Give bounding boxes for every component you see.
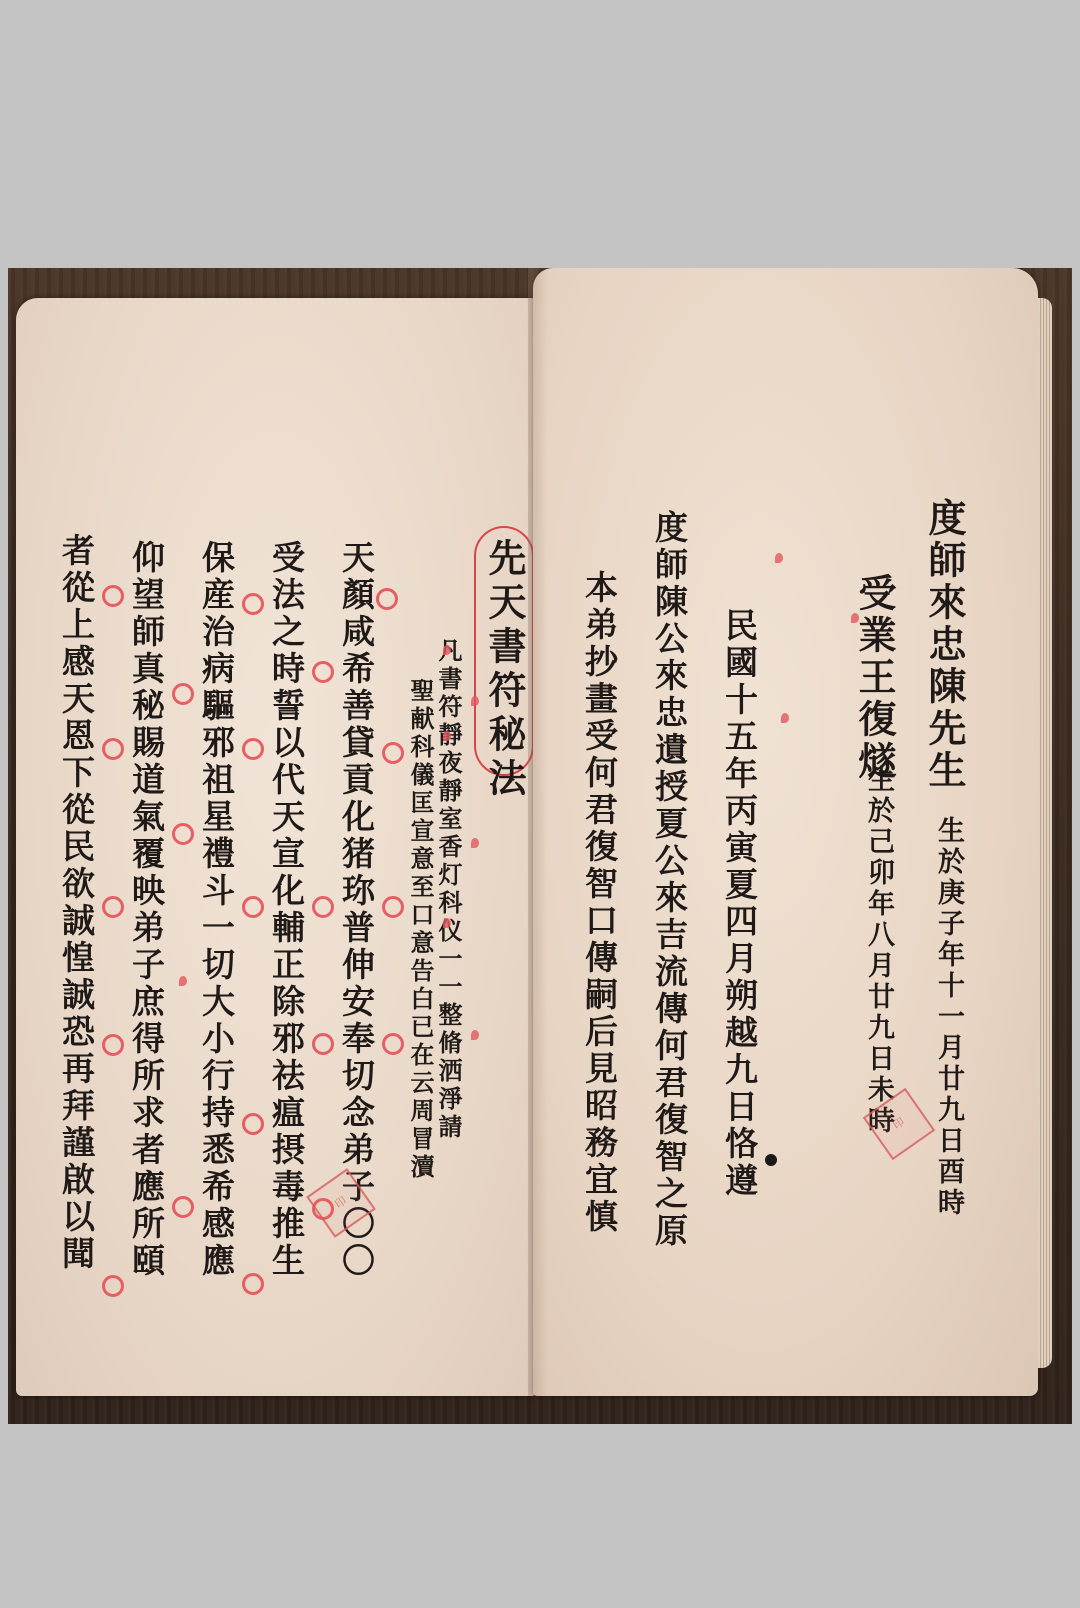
title-cartouche: 先天書符秘法	[474, 526, 534, 776]
red-circle-mark	[102, 1034, 124, 1056]
red-circle-mark	[172, 823, 194, 845]
red-dot-mark	[443, 918, 451, 928]
text-column-disciple: 受業王復燧	[855, 573, 893, 783]
red-dot-mark	[443, 645, 451, 655]
red-circle-mark	[312, 896, 334, 918]
red-circle-mark	[312, 661, 334, 683]
red-circle-mark	[102, 1275, 124, 1297]
text-column-5: 受法之時誓以代天宣化輔正除邪祛瘟摂毒推生	[270, 540, 303, 1280]
red-circle-mark	[102, 896, 124, 918]
text-column-8: 者從上感天恩下從民欲誠惶誠恐再拜謹啟以聞	[60, 533, 93, 1273]
red-dot-mark	[471, 838, 479, 848]
ink-blot	[765, 1154, 777, 1166]
red-circle-mark	[382, 896, 404, 918]
red-circle-mark	[242, 738, 264, 760]
red-circle-mark	[312, 1198, 334, 1220]
text-column-teacher: 度師來忠陳先生	[925, 498, 963, 792]
red-dot-mark	[851, 613, 859, 623]
red-dot-mark	[179, 976, 187, 986]
text-column-date: 民國十五年丙寅夏四月朔越九日恪遵	[723, 608, 756, 1200]
left-page: 先天書符秘法 之切不可妄露妄傳切記切記 凡書符靜夜靜室香灯科仪一一整脩洒淨請 聖…	[16, 298, 536, 1396]
red-circle-mark	[242, 1113, 264, 1135]
manuscript-photo: 先天書符秘法 之切不可妄露妄傳切記切記 凡書符靜夜靜室香灯科仪一一整脩洒淨請 聖…	[8, 268, 1072, 1424]
red-dot-mark	[443, 731, 451, 741]
red-circle-mark	[382, 742, 404, 764]
text-column-teacher-birth: 生於庚子年十一月廿九日酉時	[935, 816, 962, 1219]
text-column-lineage: 度師陳公來忠遺授夏公來吉流傳何君復智之原	[653, 510, 686, 1250]
red-circle-mark	[382, 1033, 404, 1055]
text-column-transmission: 本弟抄畫受何君復智口傳嗣后見昭務宜慎	[583, 570, 616, 1236]
red-circle-mark	[102, 585, 124, 607]
red-circle-mark	[242, 1273, 264, 1295]
red-circle-mark	[242, 896, 264, 918]
red-circle-mark	[172, 683, 194, 705]
red-circle-mark	[376, 588, 398, 610]
text-column-3: 聖献科儀匡宣意至口意告白已在云周冒瀆	[408, 678, 432, 1182]
red-circle-mark	[102, 738, 124, 760]
stacked-page-edges	[1038, 298, 1052, 1368]
red-dot-mark	[781, 713, 789, 723]
book-spine-gutter	[528, 268, 548, 1396]
section-title: 先天書符秘法	[485, 538, 523, 802]
text-column-2: 凡書符靜夜靜室香灯科仪一一整脩洒淨請	[436, 638, 460, 1142]
red-circle-mark	[242, 593, 264, 615]
red-circle-mark	[312, 1033, 334, 1055]
red-dot-mark	[471, 1030, 479, 1040]
red-dot-mark	[471, 696, 479, 706]
text-column-7: 仰望師真秘賜道氣覆映弟子庶得所求者應所頤	[130, 540, 163, 1280]
red-dot-mark	[775, 553, 783, 563]
right-page: 度師來忠陳先生 生於庚子年十一月廿九日酉時 受業王復燧 生於己卯年八月廿九日未時…	[533, 268, 1038, 1396]
text-column-6: 保産治病驅邪祖星禮斗一切大小行持悉希感應	[200, 540, 233, 1280]
text-column-disciple-birth: 生於己卯年八月廿九日未時	[865, 765, 892, 1137]
red-circle-mark	[172, 1196, 194, 1218]
